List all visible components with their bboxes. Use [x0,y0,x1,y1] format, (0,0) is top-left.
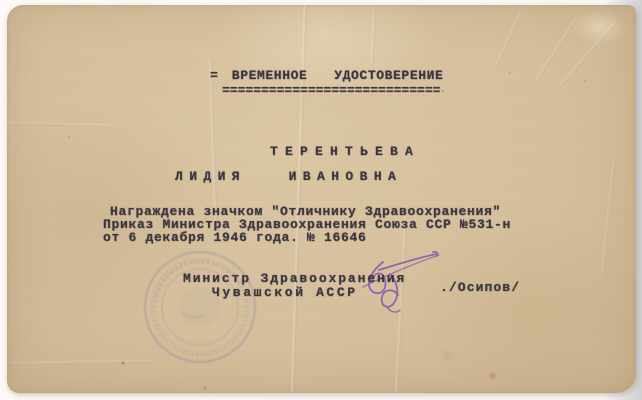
recipient-given-names: ЛИДИЯ ИВАНОВНА [175,170,402,183]
certificate-paper: = ВРЕМЕННОЕ УДОСТОВЕРЕНИЕ ==============… [7,5,636,393]
paper-stains [7,5,636,393]
signatory-name: ./Осипов/ [440,281,520,294]
paper-texture [7,5,636,393]
title-underline: ============================ [222,84,440,97]
signatory-title: Министр Здравоохранения [183,272,406,285]
round-ink-stamp [141,248,259,366]
paper-crease [7,122,112,128]
date-number-line: от 6 декабря 1946 года. № 16646 [103,231,367,244]
paper-crease [13,360,148,365]
signatory-region: Чувашской АССР [212,286,358,299]
paper-crease [371,5,376,63]
recipient-surname: ТЕРЕНТЬЕВА [270,145,420,158]
paper-crease [536,18,578,80]
paper-crease [559,20,617,86]
photo-background: = ВРЕМЕННОЕ УДОСТОВЕРЕНИЕ ==============… [0,0,642,400]
paper-crease [601,155,617,275]
document-title: = ВРЕМЕННОЕ УДОСТОВЕРЕНИЕ [210,69,443,82]
paper-crease [291,5,307,393]
paper-crease [494,11,522,67]
